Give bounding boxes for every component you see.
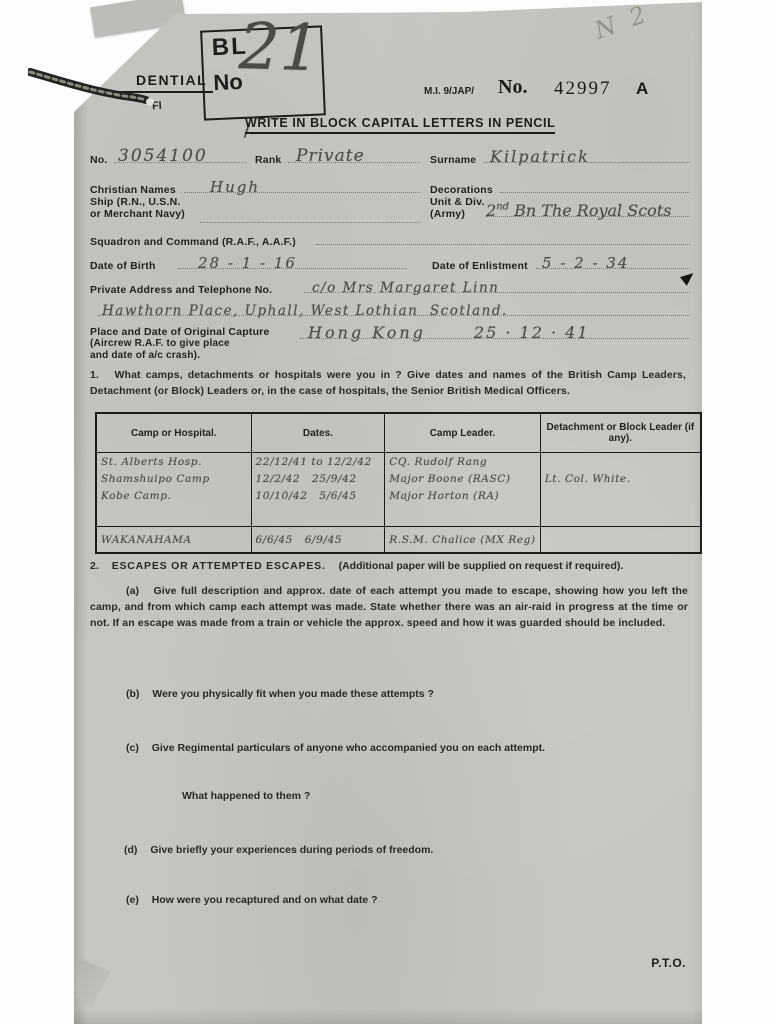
- handwritten-date-of-birth: 28 - 1 - 16: [198, 254, 297, 272]
- leader-entry: Major Boone (RASC): [389, 473, 535, 490]
- unit-number: 2: [486, 201, 496, 220]
- field-value-unit: 2nd Bn The Royal Scots: [486, 196, 690, 217]
- field-value-christian-names: Hugh: [184, 172, 420, 193]
- question-1: 1. What camps, detachments or hospitals …: [90, 368, 686, 400]
- field-label-ship-line2: or Merchant Navy): [90, 208, 185, 220]
- detachment-entry: [545, 456, 696, 473]
- camps-table: Camp or Hospital. Dates. Camp Leader. De…: [95, 412, 702, 554]
- leader-entry: CQ. Rudolf Rang: [389, 456, 535, 473]
- page-turn-over-label: P.T.O.: [651, 956, 686, 970]
- field-value-address-line2: Hawthorn Place, Uphall, West Lothian Sco…: [98, 295, 690, 316]
- section-2e: (e) How were you recaptured and on what …: [126, 894, 378, 906]
- cell-detachment: [540, 527, 701, 554]
- field-label-capture-line2: (Aircrew R.A.F. to give place: [90, 338, 230, 349]
- dates-entry: 12/2/42 25/9/42: [256, 473, 381, 490]
- field-value-address-line1: c/o Mrs Margaret Linn: [304, 272, 690, 293]
- header-camp-or-hospital: Camp or Hospital.: [96, 413, 251, 453]
- header-dates: Dates.: [251, 413, 385, 453]
- handwritten-address-line2: Hawthorn Place, Uphall, West Lothian Sco…: [102, 303, 508, 319]
- handwritten-service-number: 3054100: [118, 146, 208, 166]
- handwritten-address-line1: c/o Mrs Margaret Linn: [312, 280, 499, 296]
- camp-entry: WAKANAHAMA: [101, 534, 192, 546]
- detachment-entry: [545, 490, 696, 507]
- cell-leader: R.S.M. Chalice (MX Reg): [385, 527, 540, 554]
- field-label-decorations: Decorations: [430, 184, 493, 196]
- reference-no-label: No.: [498, 76, 527, 99]
- handwritten-date-of-enlistment: 5 - 2 - 34: [542, 254, 629, 272]
- handwritten-capture-date: 25 · 12 · 41: [474, 323, 590, 342]
- camp-entry: St. Alberts Hosp.: [101, 456, 247, 473]
- section-2a-text: Give full description and approx. date o…: [90, 585, 688, 629]
- field-value-rank: Private: [288, 142, 420, 163]
- header-camp-leader: Camp Leader.: [385, 413, 540, 453]
- field-label-squadron: Squadron and Command (R.A.F., A.A.F.): [90, 236, 296, 248]
- field-value-ship: [200, 202, 420, 223]
- question-1-number: 1.: [90, 369, 99, 381]
- field-label-unit-line2: (Army): [430, 208, 465, 220]
- section-2d-text: Give briefly your experiences during per…: [150, 844, 433, 856]
- handwritten-rank: Private: [296, 146, 365, 166]
- stamp-handwritten-number: 21: [238, 10, 321, 86]
- field-label-date-of-birth: Date of Birth: [90, 260, 156, 272]
- camp-entry: Shamshuipo Camp: [101, 473, 247, 490]
- section-2e-label: (e): [126, 894, 139, 906]
- cell-dates: 22/12/41 to 12/2/42 12/2/42 25/9/42 10/1…: [251, 453, 385, 527]
- table-row: WAKANAHAMA 6/6/45 6/9/45 R.S.M. Chalice …: [96, 527, 701, 554]
- section-2a-label: (a): [126, 585, 139, 597]
- cell-camps: St. Alberts Hosp. Shamshuipo Camp Kobe C…: [96, 453, 251, 527]
- section-2e-text: How were you recaptured and on what date…: [152, 894, 378, 906]
- leader-entry: R.S.M. Chalice (MX Reg): [389, 534, 535, 546]
- camps-table-header-row: Camp or Hospital. Dates. Camp Leader. De…: [96, 413, 701, 453]
- field-value-date-of-birth: 28 - 1 - 16: [178, 248, 406, 269]
- section-2b-text: Were you physically fit when you made th…: [152, 688, 434, 700]
- block-capitals-instruction: WRITE IN BLOCK CAPITAL LETTERS IN PENCIL: [245, 116, 555, 134]
- handwritten-capture-place: Hong Kong: [308, 323, 426, 342]
- section-2c-label: (c): [126, 742, 139, 754]
- field-label-no: No.: [90, 154, 108, 166]
- field-label-date-of-enlistment: Date of Enlistment: [432, 260, 528, 272]
- handwritten-surname: Kilpatrick: [490, 147, 590, 166]
- reference-series-letter: A: [636, 79, 648, 99]
- section-2d-label: (d): [124, 844, 137, 856]
- field-value-no: 3054100: [114, 142, 246, 163]
- section-2-heading: 2. ESCAPES OR ATTEMPTED ESCAPES. (Additi…: [90, 560, 623, 572]
- detachment-entry: Lt. Col. White.: [545, 473, 696, 490]
- table-row: St. Alberts Hosp. Shamshuipo Camp Kobe C…: [96, 453, 701, 527]
- pencil-scribble: N 2: [591, 0, 653, 45]
- field-label-ship-line1: Ship (R.N., U.S.N.: [90, 196, 181, 208]
- header-detachment-leader: Detachment or Block Leader (if any).: [540, 413, 701, 453]
- section-2b: (b) Were you physically fit when you mad…: [126, 688, 434, 700]
- form-sheet: DENTIAL FI BL No 21 M.I. 9/JAP/ No. 4299…: [74, 0, 702, 1024]
- section-2c-followup-text: What happened to them ?: [182, 790, 310, 802]
- handwritten-christian-names: Hugh: [210, 178, 260, 196]
- dates-entry: 6/6/45 6/9/45: [256, 534, 343, 546]
- field-value-squadron: [316, 224, 690, 245]
- scanned-pow-form: DENTIAL FI BL No 21 M.I. 9/JAP/ No. 4299…: [0, 0, 772, 1024]
- field-value-decorations: [500, 172, 690, 193]
- field-value-date-of-enlistment: 5 - 2 - 34: [536, 248, 690, 269]
- file-number-stamp: BL No 21: [200, 25, 326, 120]
- section-2-note: (Additional paper will be supplied on re…: [339, 560, 624, 572]
- field-label-capture-line1: Place and Date of Original Capture: [90, 326, 270, 338]
- camp-entry: Kobe Camp.: [101, 490, 247, 507]
- unit-ordinal: nd: [496, 202, 509, 213]
- field-label-christian-names: Christian Names: [90, 184, 176, 196]
- field-label-rank: Rank: [255, 154, 281, 166]
- section-2-number: 2.: [90, 560, 99, 572]
- section-2c-text: Give Regimental particulars of anyone wh…: [152, 742, 545, 754]
- reference-number: 42997: [554, 78, 612, 100]
- leader-entry: Major Horton (RA): [389, 490, 535, 507]
- cell-leaders: CQ. Rudolf Rang Major Boone (RASC) Major…: [385, 453, 540, 527]
- dates-entry: 22/12/41 to 12/2/42: [256, 456, 381, 473]
- section-2c-followup: What happened to them ?: [182, 790, 310, 802]
- section-2c: (c) Give Regimental particulars of anyon…: [126, 742, 545, 754]
- field-value-capture: Hong Kong 25 · 12 · 41: [300, 318, 690, 339]
- field-label-capture-line3: and date of a/c crash).: [90, 350, 200, 361]
- handwritten-unit: 2nd Bn The Royal Scots: [486, 201, 671, 220]
- field-value-surname: Kilpatrick: [484, 142, 690, 163]
- section-2-title: ESCAPES OR ATTEMPTED ESCAPES.: [112, 560, 326, 572]
- section-2a: (a) Give full description and approx. da…: [90, 584, 688, 631]
- reference-prefix: M.I. 9/JAP/: [424, 86, 474, 97]
- cell-dates: 6/6/45 6/9/45: [251, 527, 385, 554]
- section-2d: (d) Give briefly your experiences during…: [124, 844, 433, 856]
- binding-string: [28, 56, 188, 126]
- dates-entry: 10/10/42 5/6/45: [256, 490, 381, 507]
- question-1-text: What camps, detachments or hospitals wer…: [90, 369, 686, 397]
- unit-rest: Bn The Royal Scots: [509, 201, 671, 220]
- cell-detachment: Lt. Col. White.: [540, 453, 701, 527]
- field-label-surname: Surname: [430, 154, 476, 166]
- field-label-unit-line1: Unit & Div.: [430, 196, 485, 208]
- section-2b-label: (b): [126, 688, 139, 700]
- string-hole: [146, 98, 154, 106]
- cell-camp: WAKANAHAMA: [96, 527, 251, 554]
